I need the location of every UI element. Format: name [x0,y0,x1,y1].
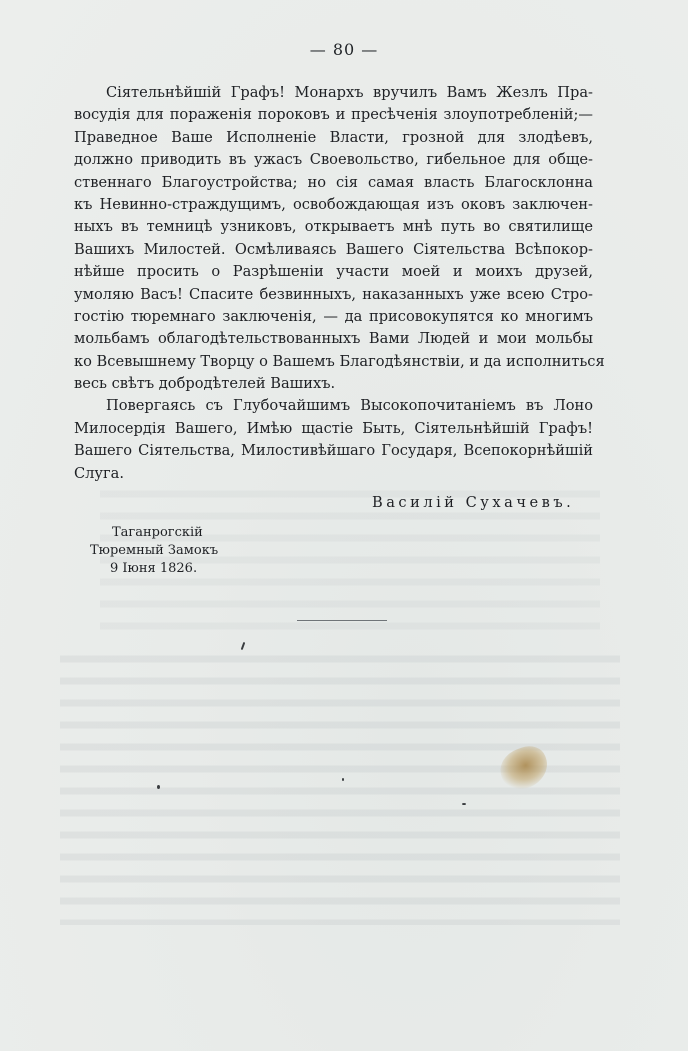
bleed-through-text [60,645,620,925]
text-line: Слуга. [74,463,593,485]
document-page: — 80 — Сіятельнѣйшій Графъ! Монархъ вруч… [0,0,688,1051]
text-line: Сіятельнѣйшій Графъ! Монархъ вручилъ Вам… [74,82,593,104]
date-line: 9 Іюня 1826. [90,560,218,578]
text-line: ныхъ въ темницѣ узниковъ, открываетъ мнѣ… [74,216,593,238]
text-line: къ Невинно-страждущимъ, освобождающая из… [74,194,593,216]
paper-speck [462,803,466,805]
place-line: Таганрогскій [90,524,218,542]
text-line: Вашихъ Милостей. Осмѣливаясь Вашего Сіят… [74,239,593,261]
letter-body: Сіятельнѣйшій Графъ! Монархъ вручилъ Вам… [74,82,593,485]
paper-speck [342,778,344,781]
text-line: должно приводить въ ужасъ Своевольство, … [74,149,593,171]
section-divider [297,620,387,621]
page-number: — 80 — [0,40,688,59]
text-line: ственнаго Благоустройства; но сія самая … [74,172,593,194]
paper-speck [157,785,160,789]
text-line: Праведное Ваше Исполненіе Власти, грозно… [74,127,593,149]
text-line: гостію тюремнаго заключенія, — да присов… [74,306,593,328]
text-line: весь свѣтъ добродѣтелей Вашихъ. [74,373,593,395]
place-and-date: Таганрогскій Тюремный Замокъ 9 Іюня 1826… [90,524,218,578]
text-line: умоляю Васъ! Спасите безвинныхъ, наказан… [74,284,593,306]
text-line: ко Всевышнему Творцу о Вашемъ Благодѣянс… [74,351,593,373]
text-line: мольбамъ облагодѣтельствованныхъ Вами Лю… [74,328,593,350]
text-line: Милосердія Вашего, Имѣю щастіе Быть, Сія… [74,418,593,440]
text-line: Вашего Сіятельства, Милостивѣйшаго Госуд… [74,440,593,462]
signature: Василій Сухачевъ. [372,494,574,511]
text-line: Повергаясь съ Глубочайшимъ Высокопочитан… [74,395,593,417]
text-line: нѣйше просить о Разрѣшеніи участи моей и… [74,261,593,283]
text-line: восудія для пораженія пороковъ и пресѣче… [74,104,593,126]
place-line: Тюремный Замокъ [90,542,218,560]
